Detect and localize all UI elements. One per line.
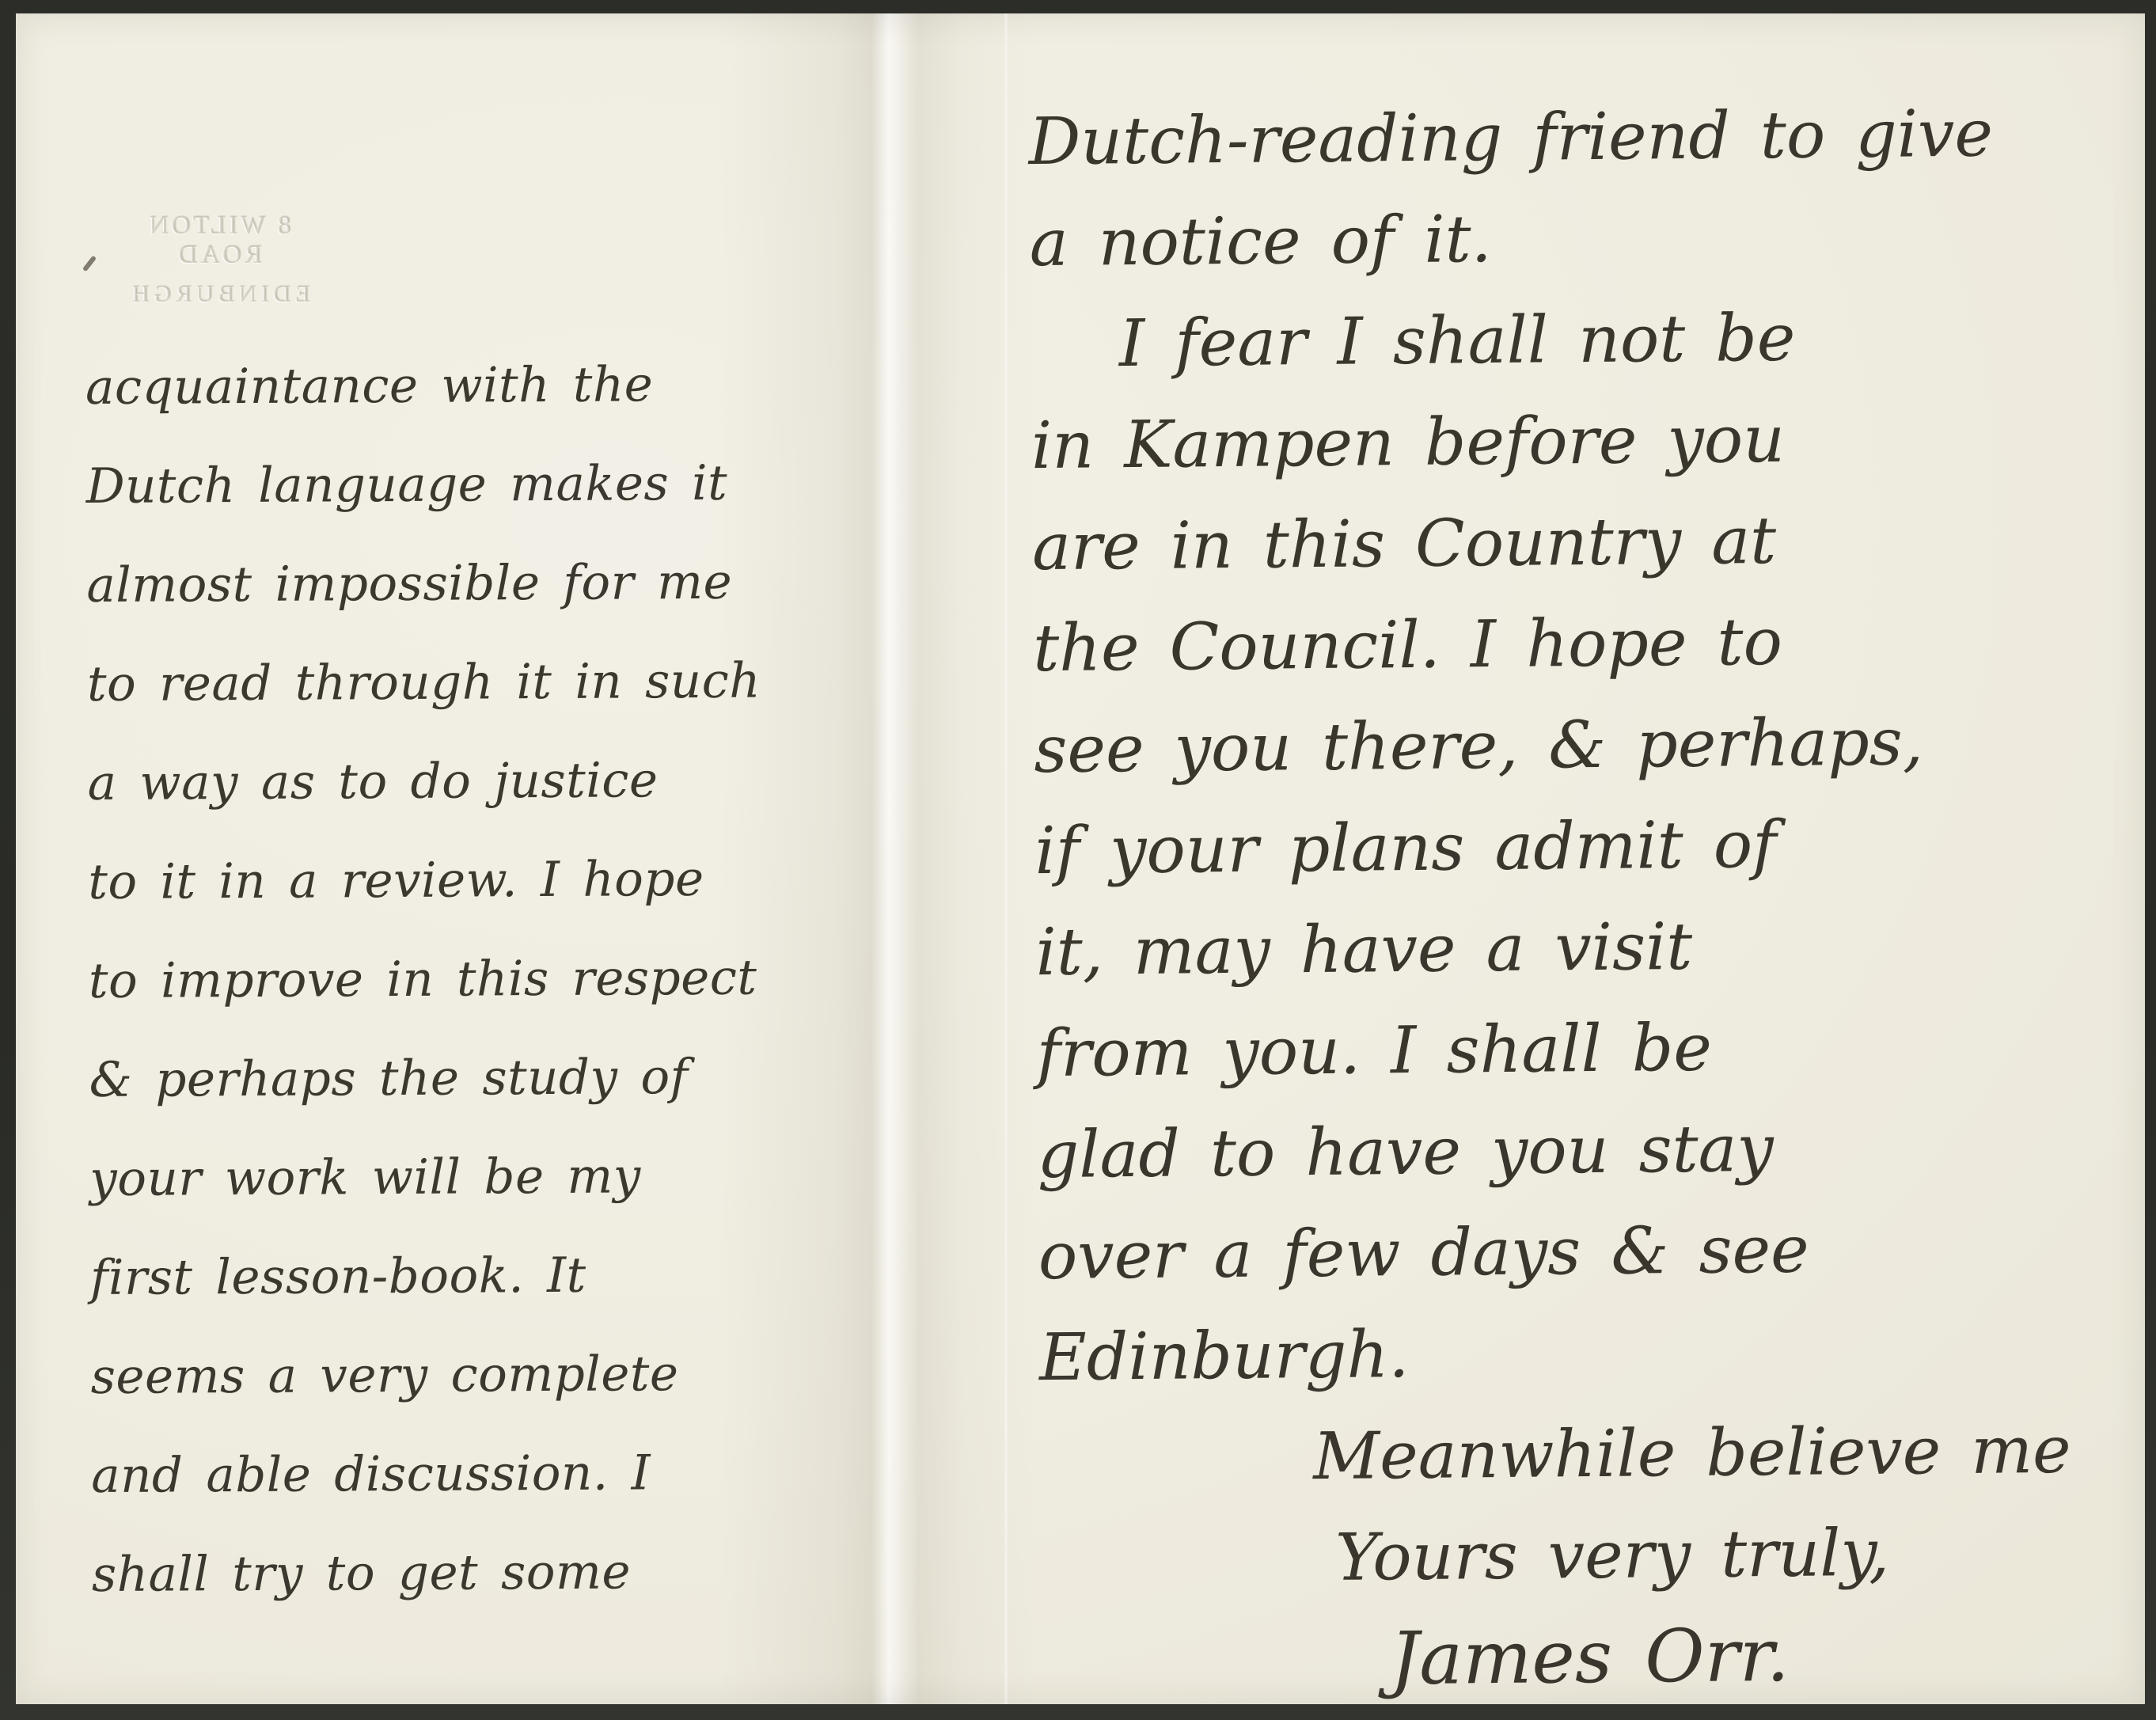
ink-speck bbox=[82, 255, 97, 271]
letter-line: glad to have you stay bbox=[1037, 1095, 2146, 1206]
letter-line: seems a very complete bbox=[90, 1324, 708, 1426]
letter-line: the Council. I hope to bbox=[1033, 589, 2142, 700]
letter-line: shall try to get some bbox=[92, 1522, 710, 1624]
signature: James Orr. bbox=[1042, 1602, 2150, 1713]
left-page-text: acquaintance with the Dutch language mak… bbox=[85, 335, 709, 1624]
letter-line: and able discussion. I bbox=[91, 1423, 709, 1525]
letter-line: it, may have a visit bbox=[1035, 893, 2144, 1004]
letter-line: almost impossible for me bbox=[86, 533, 704, 635]
fold-crease bbox=[1004, 13, 1008, 1704]
letter-paper: 8 WILTON ROAD EDINBURGH acquaintance wit… bbox=[16, 13, 2145, 1704]
letter-line: see you there, & perhaps, bbox=[1034, 690, 2143, 801]
letter-line: your work will be my bbox=[89, 1126, 708, 1228]
letter-line: Dutch-reading friend to give bbox=[1028, 82, 2137, 193]
letter-line: over a few days & see bbox=[1038, 1197, 2147, 1308]
letter-line: to improve in this respect bbox=[89, 928, 707, 1031]
letter-line: acquaintance with the bbox=[85, 335, 704, 437]
letter-line: to it in a review. I hope bbox=[88, 830, 706, 932]
letter-line: if your plans admit of bbox=[1034, 792, 2143, 902]
letter-line: in Kampen before you bbox=[1031, 386, 2139, 497]
letter-line: a way as to do justice bbox=[87, 731, 705, 833]
valediction: Yours very truly, bbox=[1041, 1501, 2150, 1612]
letterhead-city: EDINBURGH bbox=[117, 281, 320, 308]
letter-scan: 8 WILTON ROAD EDINBURGH acquaintance wit… bbox=[0, 0, 2156, 1720]
letter-line: are in this Country at bbox=[1032, 488, 2141, 598]
letter-line: Edinburgh. bbox=[1038, 1298, 2147, 1409]
letter-line: I fear I shall not be bbox=[1030, 285, 2139, 396]
letter-line: first lesson-book. It bbox=[90, 1225, 708, 1327]
letter-line: & perhaps the study of bbox=[89, 1027, 707, 1130]
letter-line: Dutch language makes it bbox=[85, 434, 704, 536]
letter-line: a notice of it. bbox=[1029, 184, 2138, 294]
closing-line: Meanwhile believe me bbox=[1040, 1399, 2149, 1510]
letter-line: from you. I shall be bbox=[1036, 994, 2145, 1105]
letterhead-address: 8 WILTON ROAD bbox=[117, 211, 320, 270]
right-page-text: Dutch-reading friend to give a notice of… bbox=[1028, 82, 2150, 1713]
embossed-letterhead: 8 WILTON ROAD EDINBURGH bbox=[117, 211, 320, 308]
letter-line: to read through it in such bbox=[87, 632, 705, 734]
